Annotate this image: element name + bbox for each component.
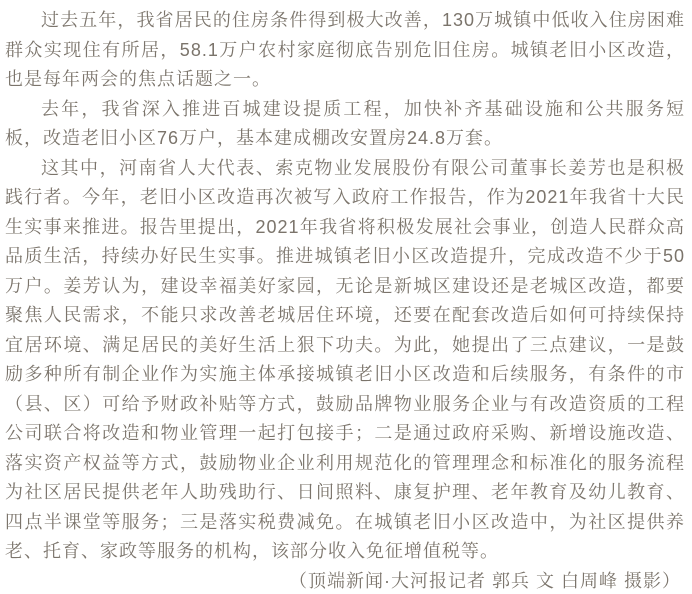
article-paragraph: 过去五年，我省居民的住房条件得到极大改善，130万城镇中低收入住房困难群众实现住… (5, 6, 685, 95)
article-paragraph: 去年，我省深入推进百城建设提质工程，加快补齐基础设施和公共服务短板，改造老旧小区… (5, 95, 685, 154)
article-paragraph: 这其中，河南省人大代表、索克物业发展股份有限公司董事长姜芳也是积极践行者。今年，… (5, 154, 685, 567)
article-byline: （顶端新闻·大河报记者 郭兵 文 白周峰 摄影） (5, 567, 685, 594)
article-body: 过去五年，我省居民的住房条件得到极大改善，130万城镇中低收入住房困难群众实现住… (0, 0, 692, 594)
